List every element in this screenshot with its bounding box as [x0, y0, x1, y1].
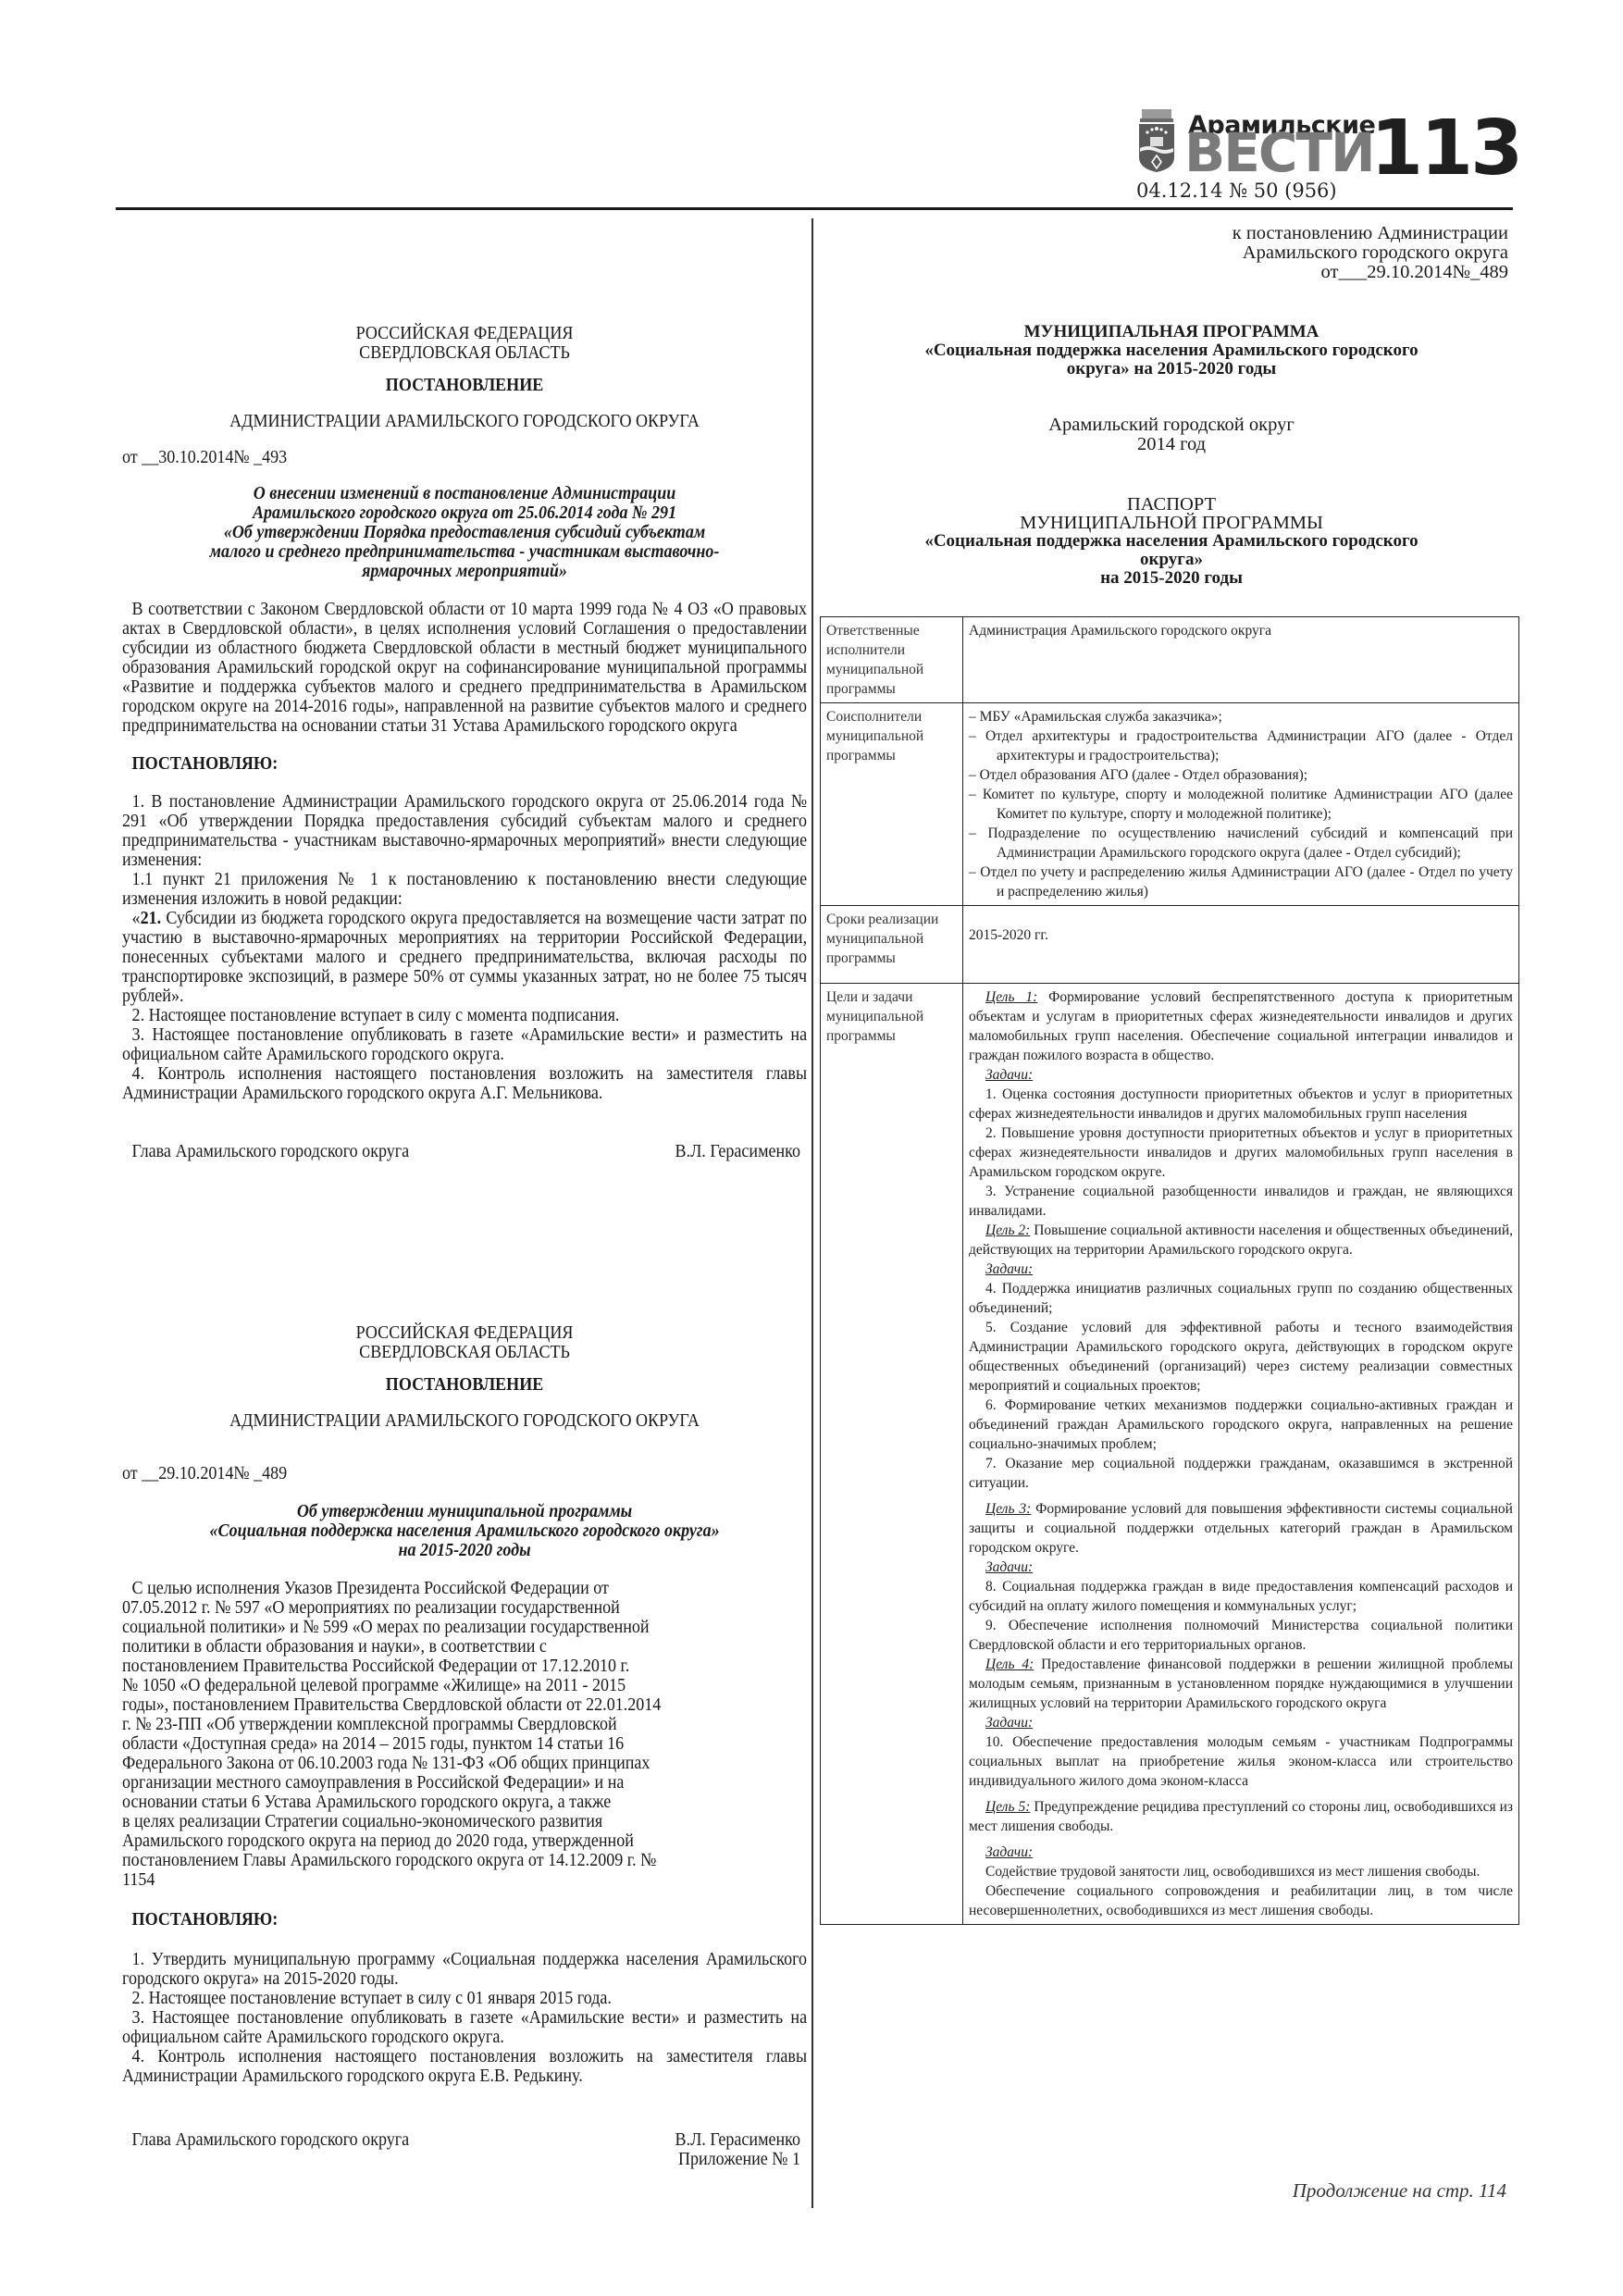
task-item: 4. Поддержка инициатив различных социаль… — [969, 1279, 1513, 1318]
tasks-label: Задачи: — [969, 1260, 1513, 1279]
task-item: 9. Обеспечение исполнения полномочий Мин… — [969, 1616, 1513, 1655]
signature-name: В.Л. Герасименко — [675, 2130, 801, 2150]
goal-2: Цель 2: Повышение социальной активности … — [969, 1221, 1513, 1260]
place: Арамильский городской округ — [824, 416, 1519, 435]
row-value: Цель 1: Формирование условий беспрепятст… — [963, 984, 1519, 1925]
program-title-line: МУНИЦИПАЛЬНАЯ ПРОГРАММА — [824, 323, 1519, 341]
preamble-line: основании статьи 6 Устава Арамильского г… — [122, 1793, 807, 1812]
resolution-title: Об утверждении муниципальной программы «… — [122, 1502, 807, 1560]
signature-title: Глава Арамильского городского округа — [132, 1142, 410, 1161]
preamble-line: постановлением Главы Арамильского городс… — [122, 1851, 807, 1870]
date-number: от __30.10.2014№ _493 — [122, 448, 807, 467]
preamble-line: 07.05.2012 г. № 597 «О мероприятиях по р… — [122, 1598, 807, 1618]
attachment-ref-line: к постановлению Администрации — [824, 224, 1508, 243]
goal-3: Цель 3: Формирование условий для повышен… — [969, 1499, 1513, 1558]
task-item: 7. Оказание мер социальной поддержки гра… — [969, 1454, 1513, 1493]
title-line: Об утверждении муниципальной программы — [122, 1502, 807, 1521]
header-country: РОССИЙСКАЯ ФЕДЕРАЦИЯ — [122, 1323, 807, 1343]
passport-subtitle-line: округа» — [824, 551, 1519, 569]
coexecutor-item: – Комитет по культуре, спорту и молодежн… — [969, 785, 1513, 824]
header-country: РОССИЙСКАЯ ФЕДЕРАЦИЯ — [122, 324, 807, 343]
table-row: Цели и задачи муниципальной программы Це… — [821, 984, 1519, 1925]
goal-label: Цель 5: — [985, 1799, 1030, 1815]
year: 2014 год — [824, 435, 1519, 454]
coexecutor-item: – МБУ «Арамильская служба заказчика»; — [969, 707, 1513, 726]
spacer — [969, 1791, 1513, 1797]
clause-number: 21. — [141, 908, 162, 928]
row-label: Сроки реализации муниципальной программы — [821, 906, 963, 984]
doc-type: ПОСТАНОВЛЕНИЕ — [122, 376, 807, 395]
row-value: 2015-2020 гг. — [963, 906, 1519, 984]
coexecutor-text: Комитет по культуре, спорту и молодежной… — [983, 787, 1513, 822]
column-divider — [811, 218, 813, 2208]
task-item: 6. Формирование четких механизмов поддер… — [969, 1396, 1513, 1454]
task-item: 2. Повышение уровня доступности приорите… — [969, 1123, 1513, 1182]
passport-table: Ответственные исполнители муниципальной … — [820, 616, 1519, 1925]
title-line: «Социальная поддержка населения Арамильс… — [122, 1521, 807, 1541]
row-label: Ответственные исполнители муниципальной … — [821, 617, 963, 703]
table-row: Сроки реализации муниципальной программы… — [821, 906, 1519, 984]
attachment-ref-line: Арамильского городского округа — [824, 243, 1508, 263]
title-line: на 2015-2020 годы — [122, 1541, 807, 1560]
attachment-ref-line: от___29.10.2014№_489 — [824, 263, 1508, 282]
goal-label: Цель 4: — [985, 1657, 1034, 1672]
task-item: Обеспечение социального сопровождения и … — [969, 1881, 1513, 1920]
title-line: ярмарочных мероприятий» — [122, 562, 807, 581]
row-value: – МБУ «Арамильская служба заказчика»;– О… — [963, 703, 1519, 906]
table-row: Ответственные исполнители муниципальной … — [821, 617, 1519, 703]
page-number: 113 — [1370, 111, 1520, 187]
passport-subtitle-line: «Социальная поддержка населения Арамильс… — [824, 532, 1519, 551]
title-line: Арамильского городского округа от 25.06.… — [122, 503, 807, 523]
title-line: О внесении изменений в постановление Адм… — [122, 484, 807, 503]
resolution-title: О внесении изменений в постановление Адм… — [122, 484, 807, 581]
table-row: Соисполнители муниципальной программы – … — [821, 703, 1519, 906]
passport-table-wrap: Ответственные исполнители муниципальной … — [820, 616, 1519, 1925]
place-year: Арамильский городской округ 2014 год — [824, 416, 1519, 454]
coexecutor-item: – Отдел по учету и распределению жилья А… — [969, 863, 1513, 901]
passport-heading: ПАСПОРТ МУНИЦИПАЛЬНОЙ ПРОГРАММЫ «Социаль… — [824, 495, 1519, 588]
coexecutor-text: Отдел по учету и распределению жилья Адм… — [980, 864, 1513, 900]
clause-3: 3. Настоящее постановление опубликовать … — [122, 2008, 807, 2047]
clause-1: 1. Утвердить муниципальную программу «Со… — [122, 1950, 807, 1989]
coexecutor-text: Подразделение по осуществлению начислени… — [987, 825, 1513, 861]
passport-title-line: МУНИЦИПАЛЬНОЙ ПРОГРАММЫ — [824, 514, 1519, 532]
appendix-label: Приложение № 1 — [122, 2150, 807, 2169]
row-label: Цели и задачи муниципальной программы — [821, 984, 963, 1925]
preamble-line: области «Доступная среда» на 2014 – 2015… — [122, 1734, 807, 1754]
resolution-489: РОССИЙСКАЯ ФЕДЕРАЦИЯ СВЕРДЛОВСКАЯ ОБЛАСТ… — [122, 1323, 807, 2169]
preamble-line: С целью исполнения Указов Президента Рос… — [122, 1579, 807, 1598]
program-title-line: «Социальная поддержка населения Арамильс… — [824, 341, 1519, 360]
clause-2: 2. Настоящее постановление вступает в си… — [122, 1006, 807, 1025]
preamble: В соответствии с Законом Свердловской об… — [122, 600, 807, 736]
preamble-line: Федерального Закона от 06.10.2003 года №… — [122, 1754, 807, 1773]
preamble-line: 1154 — [122, 1870, 807, 1890]
signature-block: Глава Арамильского городского округа В.Л… — [122, 2130, 807, 2150]
coexecutor-text: МБУ «Арамильская служба заказчика»; — [980, 709, 1222, 725]
header-rule — [116, 207, 1513, 210]
goal-4: Цель 4: Предоставление финансовой поддер… — [969, 1655, 1513, 1713]
continued-note: Продолжение на стр. 114 — [1293, 2179, 1506, 2203]
signature-title: Глава Арамильского городского округа — [132, 2130, 410, 2150]
goal-1: Цель 1: Формирование условий беспрепятст… — [969, 987, 1513, 1065]
authority: АДМИНИСТРАЦИИ АРАМИЛЬСКОГО ГОРОДСКОГО ОК… — [122, 412, 807, 431]
signature-name: В.Л. Герасименко — [675, 1142, 801, 1161]
dash-bullet: – — [969, 767, 980, 783]
tasks-label: Задачи: — [969, 1065, 1513, 1085]
goal-text: Повышение социальной активности населени… — [969, 1222, 1513, 1258]
signature-block: Глава Арамильского городского округа В.Л… — [122, 1142, 807, 1161]
dash-bullet: – — [969, 825, 987, 841]
doc-type: ПОСТАНОВЛЕНИЕ — [122, 1375, 807, 1395]
task-item: 10. Обеспечение предоставления молодым с… — [969, 1732, 1513, 1791]
preamble-line: в целях реализации Стратегии социально-э… — [122, 1812, 807, 1831]
authority: АДМИНИСТРАЦИИ АРАМИЛЬСКОГО ГОРОДСКОГО ОК… — [122, 1411, 807, 1431]
task-item: 1. Оценка состояния доступности приорите… — [969, 1085, 1513, 1123]
preamble-line: постановлением Правительства Российской … — [122, 1657, 807, 1676]
preamble-line: политики в области образования и науки»,… — [122, 1637, 807, 1657]
goal-text: Предоставление финансовой поддержки в ре… — [969, 1657, 1513, 1711]
dash-bullet: – — [969, 709, 980, 725]
spacer — [969, 1836, 1513, 1843]
clause-21-quote: «21. Субсидии из бюджета городского окру… — [122, 909, 807, 1006]
dash-bullet: – — [969, 728, 985, 744]
task-item: 8. Социальная поддержка граждан в виде п… — [969, 1577, 1513, 1616]
newspaper-masthead: Арамильские ВЕСТИ 113 04.12.14 № 50 (956… — [1136, 104, 1525, 205]
city-crest-icon — [1136, 107, 1177, 174]
quote-mark: « — [132, 908, 141, 928]
date-number: от __29.10.2014№ _489 — [122, 1464, 807, 1483]
preamble-line: Арамильского городского округа на период… — [122, 1831, 807, 1851]
goal-5: Цель 5: Предупреждение рецидива преступл… — [969, 1797, 1513, 1836]
preamble-line: социальной политики» и № 599 «О мерах по… — [122, 1618, 807, 1637]
dash-bullet: – — [969, 864, 980, 880]
attachment-reference: к постановлению Администрации Арамильско… — [824, 224, 1519, 282]
goal-text: Формирование условий для повышения эффек… — [969, 1501, 1513, 1556]
coexecutor-text: Отдел образования АГО (далее - Отдел обр… — [980, 767, 1307, 783]
preamble-line: № 1050 «О федеральной целевой программе … — [122, 1676, 807, 1695]
resolve-heading: ПОСТАНОВЛЯЮ: — [122, 754, 807, 774]
goal-label: Цель 2: — [985, 1222, 1030, 1238]
header-region: СВЕРДЛОВСКАЯ ОБЛАСТЬ — [122, 343, 807, 363]
clause-4: 4. Контроль исполнения настоящего постан… — [122, 1064, 807, 1103]
preamble: С целью исполнения Указов Президента Рос… — [122, 1579, 807, 1890]
passport-subtitle-line: на 2015-2020 годы — [824, 569, 1519, 588]
resolution-493: РОССИЙСКАЯ ФЕДЕРАЦИЯ СВЕРДЛОВСКАЯ ОБЛАСТ… — [122, 324, 807, 1161]
program-section: к постановлению Администрации Арамильско… — [824, 224, 1519, 588]
coexecutor-text: Отдел архитектуры и градостроительства А… — [985, 728, 1513, 763]
row-label: Соисполнители муниципальной программы — [821, 703, 963, 906]
clause-4: 4. Контроль исполнения настоящего постан… — [122, 2047, 807, 2086]
task-item: Содействие трудовой занятости лиц, освоб… — [969, 1862, 1513, 1881]
goal-text: Предупреждение рецидива преступлений со … — [969, 1799, 1513, 1834]
issue-date-number: 04.12.14 № 50 (956) — [1136, 180, 1337, 202]
tasks-label: Задачи: — [969, 1713, 1513, 1732]
dash-bullet: – — [969, 787, 983, 802]
title-line: «Об утверждении Порядка предоставления с… — [122, 523, 807, 542]
coexecutor-item: – Отдел образования АГО (далее - Отдел о… — [969, 765, 1513, 785]
spacer — [969, 1493, 1513, 1499]
program-title: МУНИЦИПАЛЬНАЯ ПРОГРАММА «Социальная подд… — [824, 323, 1519, 379]
header-region: СВЕРДЛОВСКАЯ ОБЛАСТЬ — [122, 1343, 807, 1362]
clause-text: Субсидии из бюджета городского округа пр… — [122, 908, 807, 1006]
coexecutor-item: – Подразделение по осуществлению начисле… — [969, 824, 1513, 863]
clause-1: 1. В постановление Администрации Арамиль… — [122, 792, 807, 870]
program-title-line: округа» на 2015-2020 годы — [824, 360, 1519, 379]
preamble-line: организации местного самоуправления в Ро… — [122, 1773, 807, 1793]
goal-label: Цель 1: — [985, 989, 1037, 1005]
goal-text: Формирование условий беспрепятственного … — [969, 989, 1513, 1063]
resolve-heading: ПОСТАНОВЛЯЮ: — [122, 1910, 807, 1930]
brand-main-text: ВЕСТИ — [1184, 126, 1374, 180]
coexecutor-item: – Отдел архитектуры и градостроительства… — [969, 726, 1513, 765]
tasks-label: Задачи: — [969, 1843, 1513, 1862]
task-item: 3. Устранение социальной разобщенности и… — [969, 1182, 1513, 1221]
goal-label: Цель 3: — [985, 1501, 1031, 1517]
preamble-line: г. № 23-ПП «Об утверждении комплексной п… — [122, 1715, 807, 1734]
title-line: малого и среднего предпринимательства - … — [122, 542, 807, 562]
passport-title-line: ПАСПОРТ — [824, 495, 1519, 514]
clause-1-1: 1.1 пункт 21 приложения № 1 к постановле… — [122, 870, 807, 909]
row-value: Администрация Арамильского городского ок… — [963, 617, 1519, 703]
preamble-line: годы», постановлением Правительства Свер… — [122, 1695, 807, 1715]
task-item: 5. Создание условий для эффективной рабо… — [969, 1318, 1513, 1396]
tasks-label: Задачи: — [969, 1558, 1513, 1577]
clause-3: 3. Настоящее постановление опубликовать … — [122, 1025, 807, 1064]
clause-2: 2. Настоящее постановление вступает в си… — [122, 1989, 807, 2008]
